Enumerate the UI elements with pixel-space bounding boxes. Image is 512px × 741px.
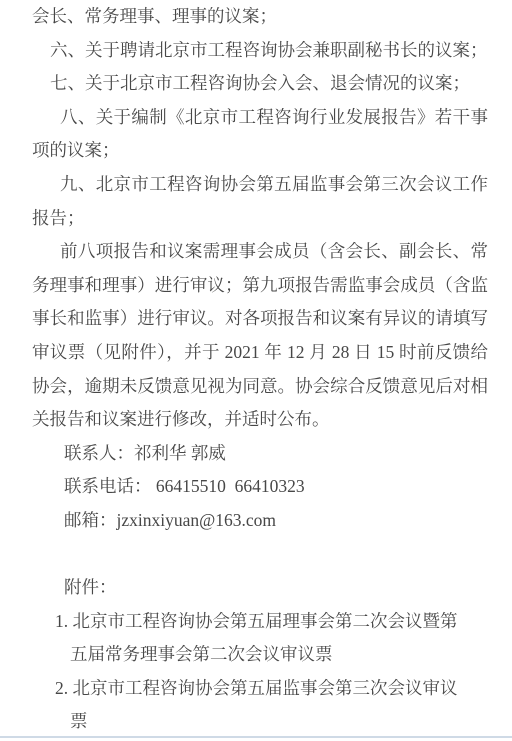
paragraph-carryover: 会长、常务理事、理事的议案； (32, 0, 488, 34)
review-instructions-paragraph: 前八项报告和议案需理事会成员（含会长、副会长、常务理事和理事）进行审议；第九项报… (32, 235, 488, 437)
attachment-item-1-text: 北京市工程咨询协会第五届理事会第二次会议暨第五届常务理事会第二次会议审议票 (70, 611, 458, 665)
page-bottom-divider (0, 736, 512, 738)
attachments-list: 1. 北京市工程咨询协会第五届理事会第二次会议暨第五届常务理事会第二次会议审议票… (32, 605, 464, 739)
contact-email-line: 邮箱：jzxinxiyuan@163.com (32, 504, 488, 538)
contact-person-value: 祁利华 郭威 (134, 443, 226, 463)
contact-phone-line: 联系电话： 66415510 66410323 (32, 470, 488, 504)
agenda-item-7: 七、关于北京市工程咨询协会入会、退会情况的议案； (32, 67, 488, 101)
contact-phone-value: 66415510 66410323 (152, 476, 305, 496)
contact-email-label: 邮箱： (64, 510, 117, 530)
attachment-item-1: 1. 北京市工程咨询协会第五届理事会第二次会议暨第五届常务理事会第二次会议审议票 (55, 605, 464, 672)
attachment-item-2: 2. 北京市工程咨询协会第五届监事会第三次会议审议票 (55, 672, 464, 739)
attachments-label: 附件： (32, 571, 488, 605)
contact-email-value: jzxinxiyuan@163.com (117, 510, 277, 530)
attachment-item-1-number: 1. (55, 611, 68, 631)
agenda-item-9: 九、北京市工程咨询协会第五届监事会第三次会议工作报告； (32, 168, 488, 235)
contact-phone-label: 联系电话： (64, 476, 152, 496)
attachment-item-2-text: 北京市工程咨询协会第五届监事会第三次会议审议票 (70, 678, 458, 732)
agenda-item-6: 六、关于聘请北京市工程咨询协会兼职副秘书长的议案； (32, 34, 488, 68)
contact-person-line: 联系人：祁利华 郭威 (32, 437, 488, 471)
document-page: 会长、常务理事、理事的议案； 六、关于聘请北京市工程咨询协会兼职副秘书长的议案；… (0, 0, 512, 741)
agenda-item-8: 八、关于编制《北京市工程咨询行业发展报告》若干事项的议案； (32, 101, 488, 168)
attachment-item-2-number: 2. (55, 678, 68, 698)
contact-person-label: 联系人： (64, 443, 134, 463)
